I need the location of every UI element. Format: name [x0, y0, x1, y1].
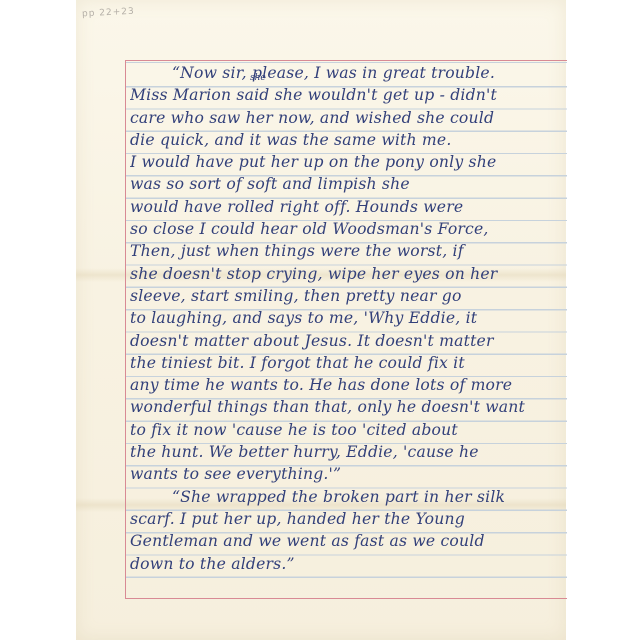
text-line: doesn't matter about Jesus. It doesn't m… — [130, 330, 562, 352]
text-line: down to the alders.” — [130, 553, 562, 575]
text-line: to fix it now 'cause he is too 'cited ab… — [130, 419, 562, 441]
text-line: Gentleman and we went as fast as we coul… — [130, 530, 562, 552]
text-line: care who saw her now, and wished she cou… — [130, 107, 562, 129]
text-line: die quick, and it was the same with me. — [130, 129, 562, 151]
text-line: so close I could hear old Woodsman's For… — [130, 218, 562, 240]
text-line: Miss Marion said she wouldn't get up - d… — [130, 84, 562, 106]
text-line: wants to see everything.'” — [130, 463, 562, 485]
text-line: would have rolled right off. Hounds were — [130, 196, 562, 218]
text-line: was so sort of soft and limpish she — [130, 173, 562, 195]
text-line: wonderful things than that, only he does… — [130, 396, 562, 418]
text-line: the tiniest bit. I forgot that he could … — [130, 352, 562, 374]
text-line: to laughing, and says to me, 'Why Eddie,… — [130, 307, 562, 329]
text-line: she doesn't stop crying, wipe her eyes o… — [130, 263, 562, 285]
text-line: “Now sir, please, I was in great trouble… — [130, 62, 562, 84]
text-line: Then, just when things were the worst, i… — [130, 240, 562, 262]
text-line: I would have put her up on the pony only… — [130, 151, 562, 173]
text-line: sleeve, start smiling, then pretty near … — [130, 285, 562, 307]
text-line: scarf. I put her up, handed her the Youn… — [130, 508, 562, 530]
handwritten-text: “Now sir, please, I was in great trouble… — [130, 62, 562, 575]
text-line: any time he wants to. He has done lots o… — [130, 374, 562, 396]
text-line: “She wrapped the broken part in her silk — [130, 486, 562, 508]
text-line: the hunt. We better hurry, Eddie, 'cause… — [130, 441, 562, 463]
